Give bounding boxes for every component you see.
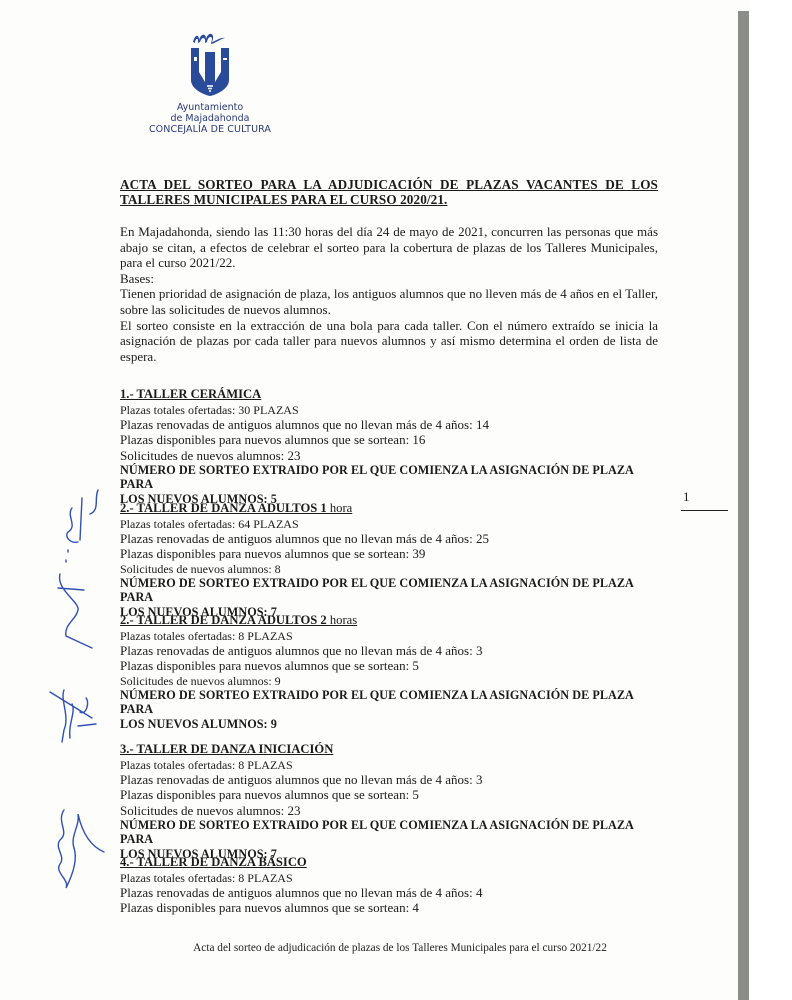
available-places: Plazas disponibles para nuevos alumnos q… [120,658,660,673]
workshop-section: 2.- TALLER DE DANZA ADULTOS 2 horas Plaz… [120,611,660,731]
workshop-section: 3.- TALLER DE DANZA INICIACIÓN Plazas to… [120,740,660,861]
workshop-heading: 3.- TALLER DE DANZA INICIACIÓN [120,742,333,756]
letterhead: Ayuntamiento de Majadahonda CONCEJALÍA D… [140,28,280,135]
draw-number-line-1: NÚMERO DE SORTEO EXTRAIDO POR EL QUE COM… [120,688,660,717]
draw-number-line-1: NÚMERO DE SORTEO EXTRAIDO POR EL QUE COM… [120,576,660,605]
page-footer: Acta del sorteo de adjudicación de plaza… [120,942,680,954]
document-title: ACTA DEL SORTEO PARA LA ADJUDICACIÓN DE … [120,178,658,207]
renewed-places: Plazas renovadas de antiguos alumnos que… [120,772,660,787]
draw-number-line-1: NÚMERO DE SORTEO EXTRAIDO POR EL QUE COM… [120,818,660,847]
page-number: 1 [681,489,728,511]
majadahonda-coat-of-arms-icon [187,28,233,98]
draw-number-line-2: LOS NUEVOS ALUMNOS: 9 [120,717,660,732]
workshop-heading: 4.- TALLER DE DANZA BÁSICO [120,855,307,869]
total-places: Plazas totales ofertadas: 8 PLAZAS [120,629,660,643]
available-places: Plazas disponibles para nuevos alumnos q… [120,546,660,561]
available-places: Plazas disponibles para nuevos alumnos q… [120,432,660,447]
workshop-heading: 2.- TALLER DE DANZA ADULTOS 1 hora [120,501,352,515]
title-line-2: TALLERES MUNICIPALES PARA EL CURSO 2020/… [120,192,447,207]
scan-page-edge [738,11,749,1000]
intro-text: En Majadahonda, siendo las 11:30 horas d… [120,224,658,364]
handwritten-signatures-icon [20,480,115,900]
new-requests: Solicitudes de nuevos alumnos: 8 [120,562,660,576]
letterhead-line-1: Ayuntamiento [140,102,280,113]
letterhead-department: CONCEJALÍA DE CULTURA [140,124,280,135]
priority-paragraph: Tienen prioridad de asignación de plaza,… [120,286,658,317]
renewed-places: Plazas renovadas de antiguos alumnos que… [120,417,660,432]
renewed-places: Plazas renovadas de antiguos alumnos que… [120,531,660,546]
scan-margin [749,0,792,1000]
renewed-places: Plazas renovadas de antiguos alumnos que… [120,885,660,900]
renewed-places: Plazas renovadas de antiguos alumnos que… [120,643,660,658]
new-requests: Solicitudes de nuevos alumnos: 23 [120,448,660,463]
workshop-heading: 2.- TALLER DE DANZA ADULTOS 2 horas [120,613,357,627]
draw-number-line-1: NÚMERO DE SORTEO EXTRAIDO POR EL QUE COM… [120,463,660,492]
intro-paragraph: En Majadahonda, siendo las 11:30 horas d… [120,224,658,271]
total-places: Plazas totales ofertadas: 8 PLAZAS [120,758,660,772]
new-requests: Solicitudes de nuevos alumnos: 9 [120,674,660,688]
bases-label: Bases: [120,271,658,287]
new-requests: Solicitudes de nuevos alumnos: 23 [120,803,660,818]
title-line-1: ACTA DEL SORTEO PARA LA ADJUDICACIÓN DE … [120,178,658,193]
letterhead-line-2: de Majadahonda [140,113,280,124]
workshop-heading: 1.- TALLER CERÁMICA [120,387,261,401]
available-places: Plazas disponibles para nuevos alumnos q… [120,787,660,802]
draw-method-paragraph: El sorteo consiste en la extracción de u… [120,318,658,365]
available-places: Plazas disponibles para nuevos alumnos q… [120,900,660,915]
workshop-section: 4.- TALLER DE DANZA BÁSICO Plazas totale… [120,853,660,916]
total-places: Plazas totales ofertadas: 8 PLAZAS [120,871,660,885]
workshop-section: 2.- TALLER DE DANZA ADULTOS 1 hora Plaza… [120,499,660,619]
total-places: Plazas totales ofertadas: 30 PLAZAS [120,403,660,417]
workshop-section: 1.- TALLER CERÁMICA Plazas totales ofert… [120,385,660,506]
total-places: Plazas totales ofertadas: 64 PLAZAS [120,517,660,531]
